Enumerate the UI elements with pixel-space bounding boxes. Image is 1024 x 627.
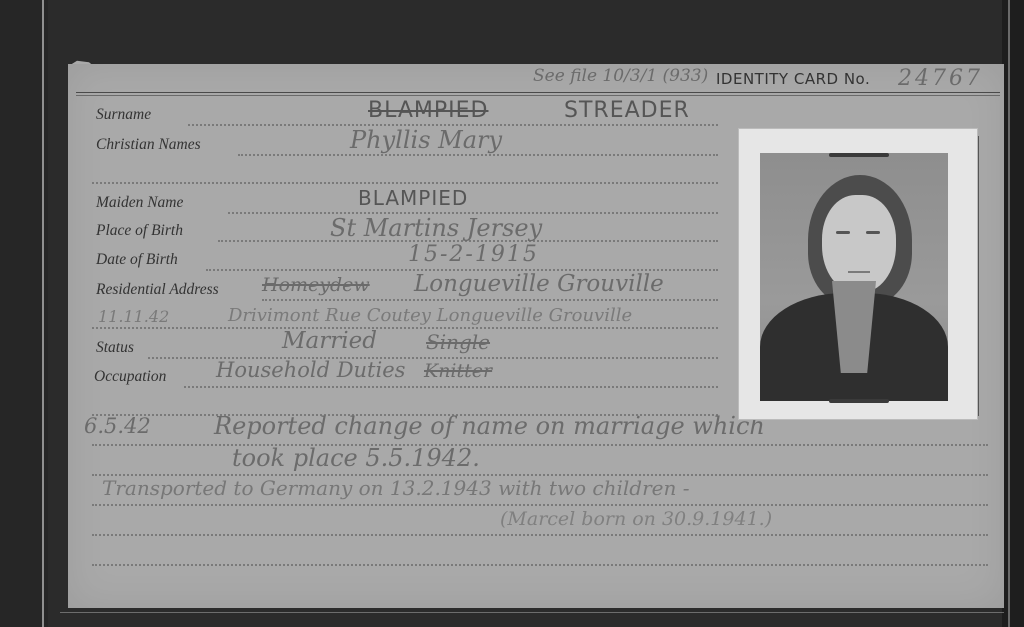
dotted-line <box>184 386 718 388</box>
dotted-line <box>92 444 988 446</box>
scan-background-right <box>1002 0 1024 627</box>
surname-struck-value: BLAMPIED <box>368 98 488 123</box>
maiden-name-value: BLAMPIED <box>358 186 468 210</box>
label-date-of-birth: Date of Birth <box>96 251 178 269</box>
photo-clip-top <box>829 153 889 157</box>
place-of-birth-value: St Martins Jersey <box>330 214 542 242</box>
residential-address-value: Longueville Grouville <box>414 271 664 297</box>
photo-eye <box>836 231 850 234</box>
label-residential-address: Residential Address <box>96 281 219 299</box>
scan-edge-line <box>42 0 44 627</box>
surname-value: STREADER <box>564 98 690 123</box>
label-place-of-birth: Place of Birth <box>96 222 183 240</box>
note-date: 6.5.42 <box>84 414 151 438</box>
dotted-line <box>92 534 988 536</box>
note-line-3: Transported to Germany on 13.2.1943 with… <box>102 476 689 500</box>
dotted-line <box>92 564 988 566</box>
portrait-photo <box>760 153 948 401</box>
photo-face <box>822 195 896 293</box>
label-maiden-name: Maiden Name <box>96 194 183 212</box>
photo-eye <box>866 231 880 234</box>
header-rule <box>76 92 1000 93</box>
photo-mouth <box>848 271 870 273</box>
card-title: IDENTITY CARD No. <box>716 70 870 88</box>
label-christian-names: Christian Names <box>96 136 201 154</box>
christian-names-value: Phyllis Mary <box>350 126 502 154</box>
scan-edge-line-right <box>1008 0 1010 627</box>
address-change-date: 11.11.42 <box>98 307 169 326</box>
note-line-4: (Marcel born on 30.9.1941.) <box>500 508 772 530</box>
residential-address-struck-value: Homeydew <box>262 274 370 296</box>
photo-mount <box>738 128 978 420</box>
new-address-value: Drivimont Rue Coutey Longueville Grouvil… <box>228 305 632 326</box>
label-surname: Surname <box>96 106 151 124</box>
dotted-line <box>262 299 718 301</box>
dotted-line <box>92 504 988 506</box>
dotted-line <box>92 182 718 184</box>
scan-background-left <box>0 0 48 627</box>
occupation-struck-value: Knitter <box>424 360 492 382</box>
header-rule-secondary <box>76 95 1000 96</box>
photo-clip-bottom <box>829 399 889 403</box>
status-value: Married <box>282 328 377 354</box>
occupation-value: Household Duties <box>216 358 405 382</box>
note-line-2: took place 5.5.1942. <box>232 444 480 472</box>
card-number: 24767 <box>898 66 983 91</box>
dotted-line <box>238 154 718 156</box>
status-struck-value: Single <box>426 330 490 354</box>
file-reference-note: See file 10/3/1 (933) <box>533 66 708 86</box>
dotted-line <box>92 327 718 329</box>
scan-bottom-edge <box>60 612 1004 613</box>
date-of-birth-value: 15-2-1915 <box>408 242 539 267</box>
note-line-1: Reported change of name on marriage whic… <box>214 412 765 440</box>
identity-card: See file 10/3/1 (933) IDENTITY CARD No. … <box>68 64 1004 608</box>
label-status: Status <box>96 339 134 357</box>
label-occupation: Occupation <box>94 368 166 386</box>
